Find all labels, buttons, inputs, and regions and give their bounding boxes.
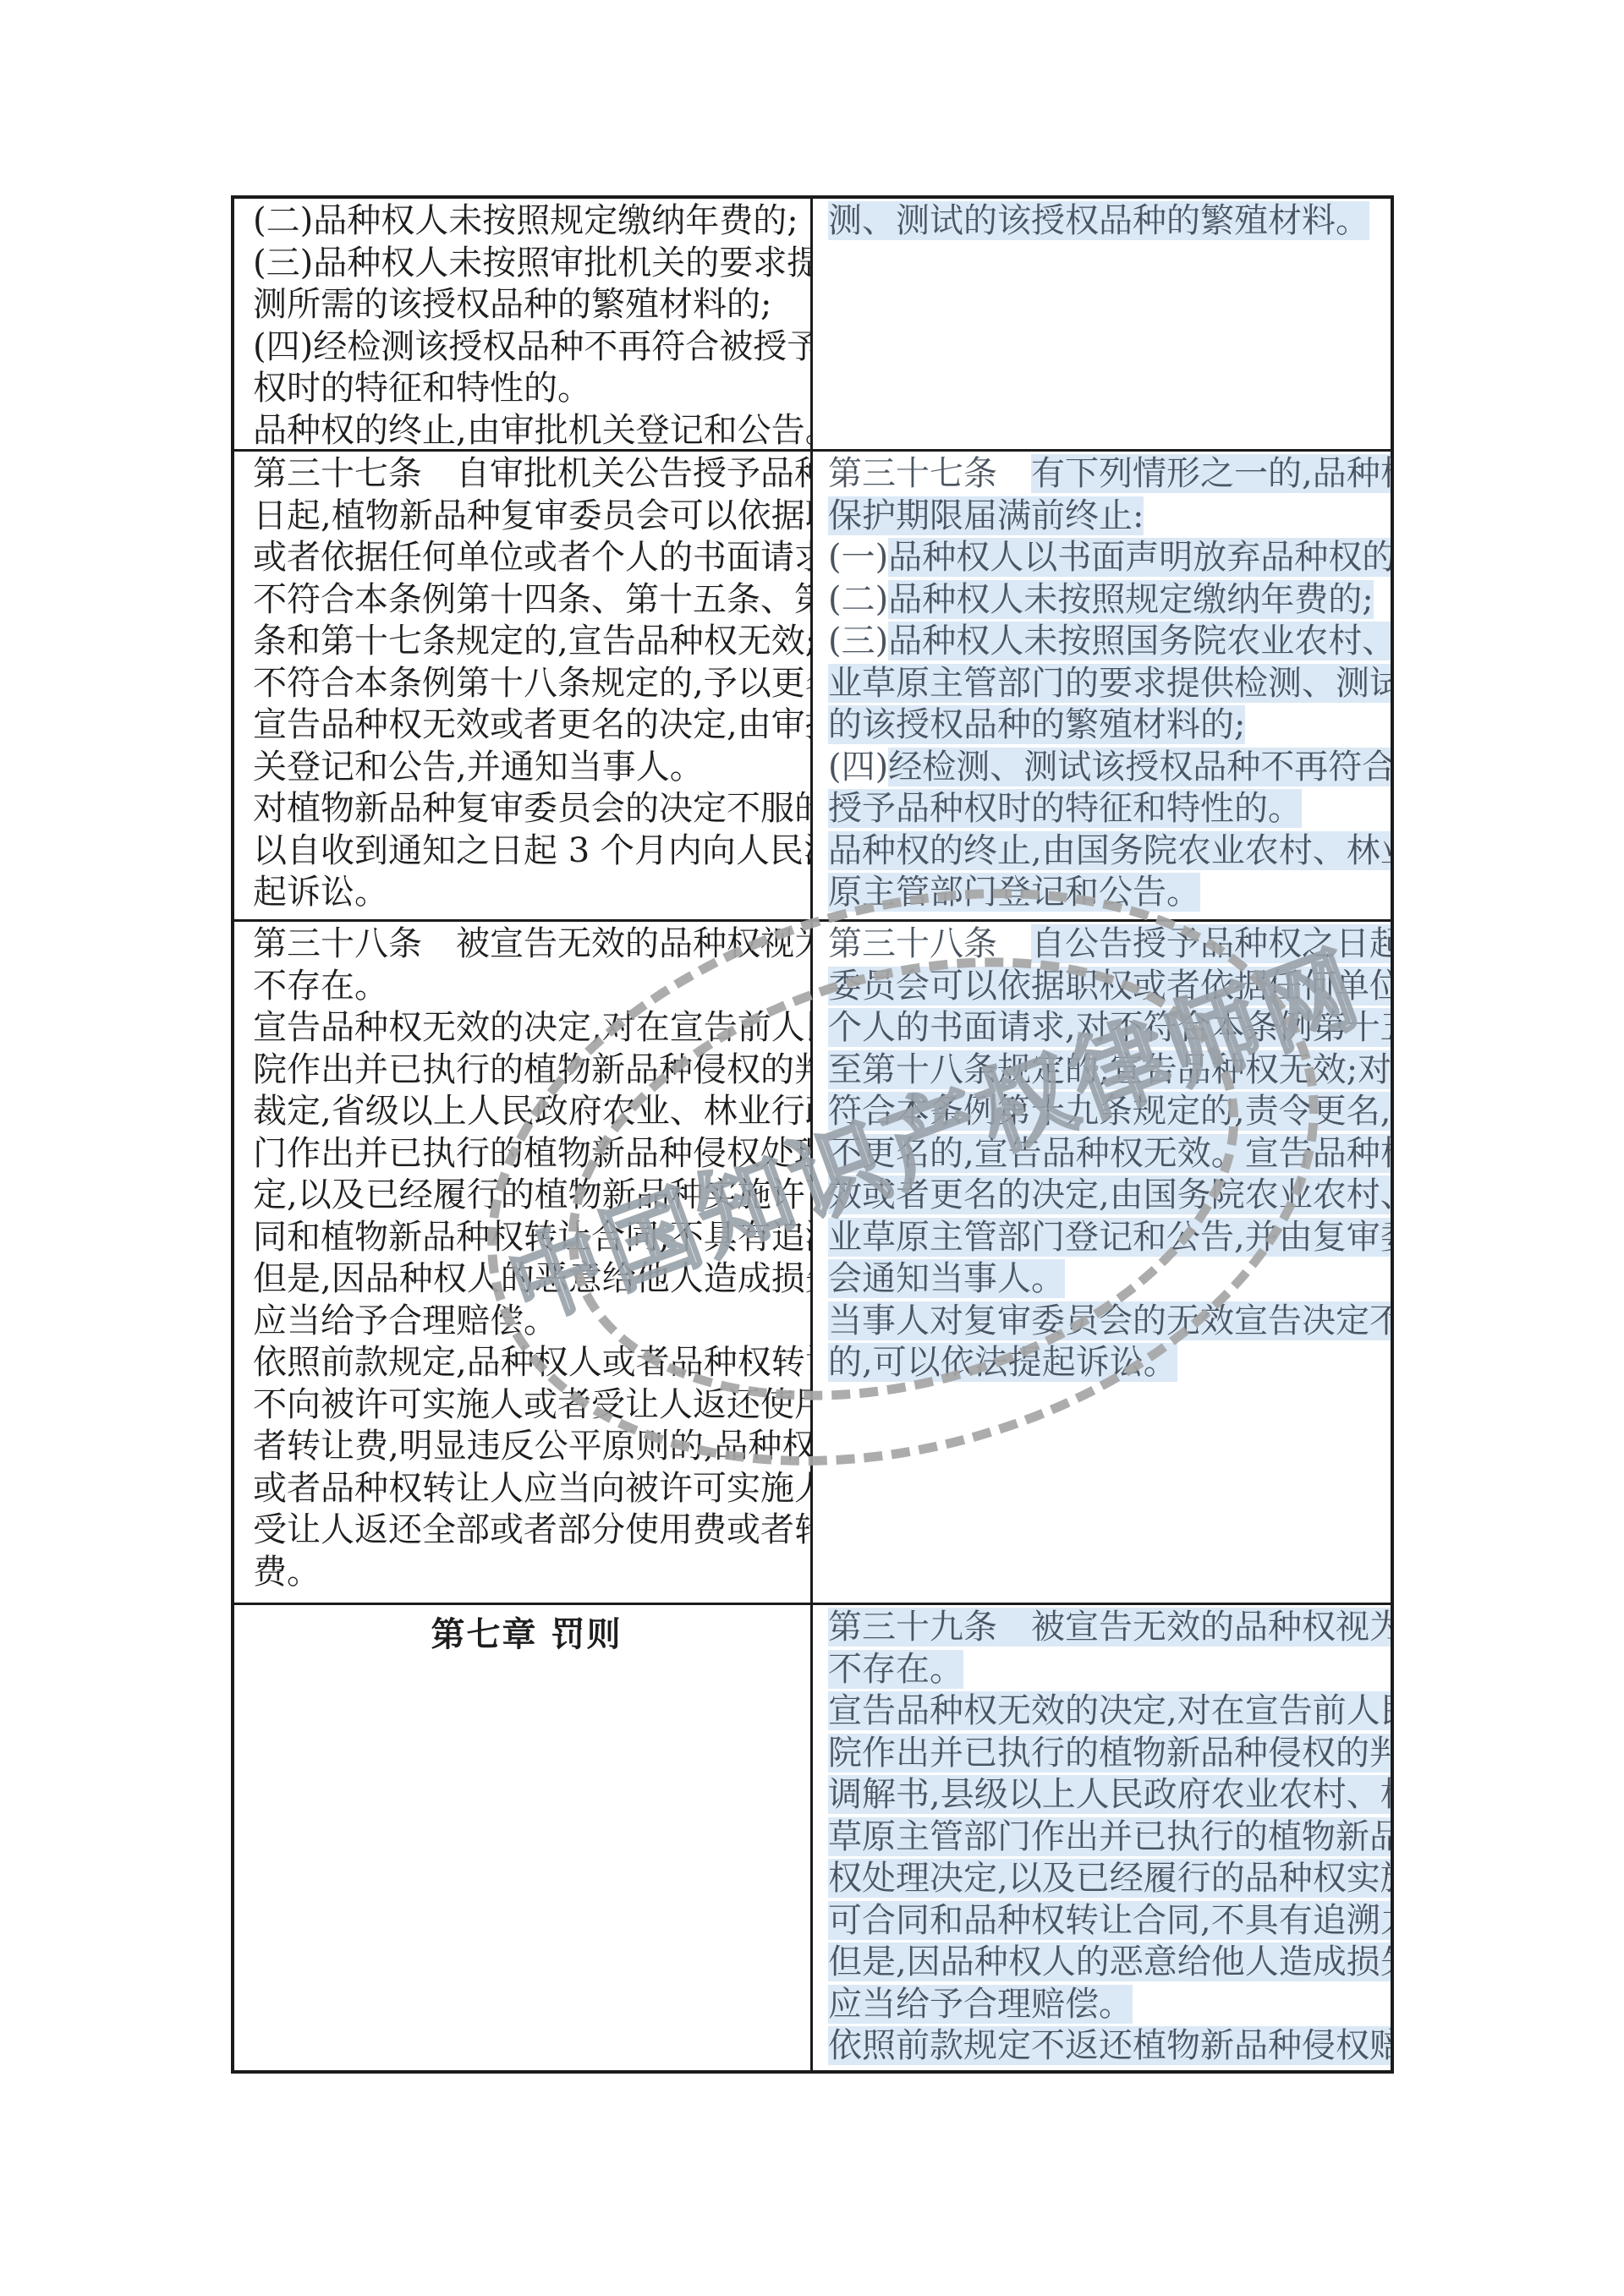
highlighted-text: 效或者更名的决定,由国务院农业农村、林 <box>828 1175 1391 1214</box>
plain-text: 或者依据任何单位或者个人的书面请求,对 <box>253 538 813 577</box>
highlighted-text: 但是,因品种权人的恶意给他人造成损失的, <box>828 1943 1391 1981</box>
plain-text: 但是,因品种权人的恶意给他人造成损失的, <box>253 1259 813 1298</box>
comparison-table: (二)品种权人未按照规定缴纳年费的;(三)品种权人未按照审批机关的要求提供检测所… <box>231 195 1394 2074</box>
plain-text: 不存在。 <box>253 967 388 1006</box>
text-line: 的,可以依法提起诉讼。 <box>828 1342 1382 1384</box>
plain-text: 以自收到通知之日起 3 个月内向人民法院提 <box>253 831 813 870</box>
text-line: 第三十八条 自公告授予品种权之日起,复审 <box>828 923 1382 966</box>
text-line: 裁定,省级以上人民政府农业、林业行政部 <box>253 1091 800 1133</box>
highlighted-text: 品种权人以书面声明放弃品种权的; <box>888 538 1391 577</box>
text-line: 权时的特征和特性的。 <box>253 368 800 410</box>
highlighted-text: 的,可以依法提起诉讼。 <box>828 1343 1177 1382</box>
text-line: 符合本条例第十九条规定的,责令更名,拒 <box>828 1091 1382 1133</box>
text-line: 测、测试的该授权品种的繁殖材料。 <box>828 200 1382 243</box>
text-line: 权处理决定,以及已经履行的品种权实施许 <box>828 1858 1382 1900</box>
text-line: (三)品种权人未按照国务院农业农村、林 <box>828 621 1382 663</box>
text-line: 以自收到通知之日起 3 个月内向人民法院提 <box>253 830 800 873</box>
text-line: 不存在。 <box>253 966 800 1008</box>
text-line: 但是,因品种权人的恶意给他人造成损失的, <box>828 1942 1382 1984</box>
plain-text: 费。 <box>253 1553 321 1592</box>
text-line: 宣告品种权无效的决定,对在宣告前人民法 <box>253 1007 800 1049</box>
plain-text: 日起,植物新品种复审委员会可以依据职权 <box>253 496 813 535</box>
plain-text: 或者品种权转让人应当向被许可实施人或者 <box>253 1469 813 1508</box>
highlighted-text: 的该授权品种的繁殖材料的; <box>828 705 1245 744</box>
text-line: 个人的书面请求,对不符合本条例第十五条 <box>828 1007 1382 1049</box>
plain-text: 测所需的该授权品种的繁殖材料的; <box>253 285 771 324</box>
chapter-heading: 第七章 罚则 <box>253 1614 800 1656</box>
plain-text: (三)品种权人未按照审批机关的要求提供检 <box>253 244 813 282</box>
table-cell-row1-right: 测、测试的该授权品种的繁殖材料。 <box>813 199 1391 452</box>
table-cell-row4-left: 第七章 罚则 <box>234 1605 813 2070</box>
plain-text: 院作出并已执行的植物新品种侵权的判决、 <box>253 1050 813 1089</box>
highlighted-text: 经检测、测试该授权品种不再符合被 <box>888 748 1391 786</box>
highlighted-text: 应当给予合理赔偿。 <box>828 1985 1133 2024</box>
plain-text: (四)经检测该授权品种不再符合被授予品种 <box>253 327 813 366</box>
plain-text: (三) <box>828 622 888 660</box>
text-line: 会通知当事人。 <box>828 1258 1382 1301</box>
table-cell-row2-right: 第三十七条 有下列情形之一的,品种权在其保护期限届满前终止:(一)品种权人以书面… <box>813 452 1391 922</box>
text-line: 委员会可以依据职权或者依据任何单位或者 <box>828 966 1382 1008</box>
text-line: 或者品种权转让人应当向被许可实施人或者 <box>253 1468 800 1510</box>
plain-text: (四) <box>828 748 888 786</box>
plain-text: 第三十七条 <box>828 454 1031 493</box>
text-line: 保护期限届满前终止: <box>828 496 1382 538</box>
highlighted-text: 测、测试的该授权品种的繁殖材料。 <box>828 201 1369 240</box>
highlighted-text: 不存在。 <box>828 1650 963 1689</box>
highlighted-text: 品种权人未按照国务院农业农村、林 <box>888 622 1391 660</box>
text-line: 或者依据任何单位或者个人的书面请求,对 <box>253 537 800 579</box>
table-cell-row3-left: 第三十八条 被宣告无效的品种权视为自始不存在。宣告品种权无效的决定,对在宣告前人… <box>234 922 813 1605</box>
text-line: 受让人返还全部或者部分使用费或者转让 <box>253 1510 800 1552</box>
plain-text: 第三十八条 被宣告无效的品种权视为自始 <box>253 924 813 963</box>
plain-text: 不符合本条例第十四条、第十五条、第十六 <box>253 580 813 619</box>
highlighted-text: 院作出并已执行的植物新品种侵权的判决、 <box>828 1734 1391 1773</box>
highlighted-text: 自公告授予品种权之日起,复审 <box>1031 924 1391 963</box>
text-line: 不向被许可实施人或者受让人返还使用费或 <box>253 1384 800 1427</box>
plain-text: 第三十八条 <box>828 924 1031 963</box>
text-line: 宣告品种权无效或者更名的决定,由审批机 <box>253 704 800 747</box>
plain-text: 裁定,省级以上人民政府农业、林业行政部 <box>253 1092 813 1131</box>
plain-text: 者转让费,明显违反公平原则的,品种权人 <box>253 1427 813 1466</box>
text-line: 第三十九条 被宣告无效的品种权视为自始 <box>828 1607 1382 1649</box>
text-line: 宣告品种权无效的决定,对在宣告前人民法 <box>828 1690 1382 1733</box>
highlighted-text: 符合本条例第十九条规定的,责令更名,拒 <box>828 1092 1391 1131</box>
text-line: (二)品种权人未按照规定缴纳年费的; <box>828 579 1382 622</box>
text-line: 第三十七条 自审批机关公告授予品种权之 <box>253 453 800 496</box>
plain-text: 权时的特征和特性的。 <box>253 369 591 408</box>
text-line: 不存在。 <box>828 1649 1382 1691</box>
highlighted-text: 可合同和品种权转让合同,不具有追溯力。 <box>828 1901 1391 1940</box>
text-line: (四)经检测、测试该授权品种不再符合被 <box>828 747 1382 789</box>
text-line: 不符合本条例第十四条、第十五条、第十六 <box>253 579 800 622</box>
text-line: 可合同和品种权转让合同,不具有追溯力。 <box>828 1900 1382 1943</box>
plain-text: 第七章 罚则 <box>431 1614 623 1654</box>
text-line: (一)品种权人以书面声明放弃品种权的; <box>828 537 1382 579</box>
plain-text: 条和第十七条规定的,宣告品种权无效;对 <box>253 622 813 660</box>
text-line: 不更名的,宣告品种权无效。宣告品种权无 <box>828 1133 1382 1175</box>
text-line: (二)品种权人未按照规定缴纳年费的; <box>253 200 800 243</box>
text-line: 院作出并已执行的植物新品种侵权的判决、 <box>253 1049 800 1092</box>
table-cell-row4-right: 第三十九条 被宣告无效的品种权视为自始不存在。宣告品种权无效的决定,对在宣告前人… <box>813 1605 1391 2070</box>
plain-text: 同和植物新品种权转让合同,不具有追溯力; <box>253 1218 813 1257</box>
text-line: 调解书,县级以上人民政府农业农村、林业 <box>828 1774 1382 1817</box>
highlighted-text: 保护期限届满前终止: <box>828 496 1144 535</box>
highlighted-text: 宣告品种权无效的决定,对在宣告前人民法 <box>828 1691 1391 1730</box>
text-line: 日起,植物新品种复审委员会可以依据职权 <box>253 496 800 538</box>
text-line: 当事人对复审委员会的无效宣告决定不服 <box>828 1301 1382 1343</box>
highlighted-text: 草原主管部门作出并已执行的植物新品种侵 <box>828 1817 1391 1856</box>
text-line: 原主管部门登记和公告。 <box>828 872 1382 914</box>
highlighted-text: 授予品种权时的特征和特性的。 <box>828 789 1302 828</box>
plain-text: 宣告品种权无效的决定,对在宣告前人民法 <box>253 1008 813 1047</box>
plain-text: 不符合本条例第十八条规定的,予以更名。 <box>253 664 813 703</box>
highlighted-text: 业草原主管部门的要求提供检测、测试所需 <box>828 664 1391 703</box>
plain-text: 不向被许可实施人或者受让人返还使用费或 <box>253 1385 813 1424</box>
text-line: 至第十八条规定的,宣告品种权无效;对不 <box>828 1049 1382 1092</box>
text-line: 者转让费,明显违反公平原则的,品种权人 <box>253 1426 800 1468</box>
table-cell-row2-left: 第三十七条 自审批机关公告授予品种权之日起,植物新品种复审委员会可以依据职权或者… <box>234 452 813 922</box>
highlighted-text: 个人的书面请求,对不符合本条例第十五条 <box>828 1008 1391 1047</box>
highlighted-text: 调解书,县级以上人民政府农业农村、林业 <box>828 1775 1391 1814</box>
plain-text: 关登记和公告,并通知当事人。 <box>253 748 704 786</box>
table-cell-row1-left: (二)品种权人未按照规定缴纳年费的;(三)品种权人未按照审批机关的要求提供检测所… <box>234 199 813 452</box>
text-line: 依照前款规定不返还植物新品种侵权赔偿 <box>828 2025 1382 2068</box>
highlighted-text: 依照前款规定不返还植物新品种侵权赔偿 <box>828 2026 1391 2065</box>
highlighted-text: 品种权人未按照规定缴纳年费的; <box>888 580 1373 619</box>
text-line: 条和第十七条规定的,宣告品种权无效;对 <box>253 621 800 663</box>
text-line: 定,以及已经履行的植物新品种实施许可合 <box>253 1175 800 1217</box>
highlighted-text: 当事人对复审委员会的无效宣告决定不服 <box>828 1301 1391 1340</box>
plain-text: 起诉讼。 <box>253 873 388 912</box>
text-line: 品种权的终止,由审批机关登记和公告。 <box>253 410 800 452</box>
text-line: 费。 <box>253 1552 800 1594</box>
text-line: 起诉讼。 <box>253 872 800 914</box>
text-line: 授予品种权时的特征和特性的。 <box>828 788 1382 830</box>
text-line: 不符合本条例第十八条规定的,予以更名。 <box>253 663 800 705</box>
text-line: 依照前款规定,品种权人或者品种权转让人 <box>253 1342 800 1384</box>
text-line: 第三十八条 被宣告无效的品种权视为自始 <box>253 923 800 966</box>
highlighted-text: 有下列情形之一的,品种权在其 <box>1031 454 1391 493</box>
plain-text: 宣告品种权无效或者更名的决定,由审批机 <box>253 705 813 744</box>
plain-text: (一) <box>828 538 888 577</box>
plain-text: 依照前款规定,品种权人或者品种权转让人 <box>253 1343 813 1382</box>
text-line: 效或者更名的决定,由国务院农业农村、林 <box>828 1175 1382 1217</box>
text-line: 的该授权品种的繁殖材料的; <box>828 704 1382 747</box>
highlighted-text: 至第十八条规定的,宣告品种权无效;对不 <box>828 1050 1391 1089</box>
highlighted-text: 品种权的终止,由国务院农业农村、林业草 <box>828 831 1391 870</box>
plain-text: 应当给予合理赔偿。 <box>253 1301 557 1340</box>
text-line: 但是,因品种权人的恶意给他人造成损失的, <box>253 1258 800 1301</box>
text-line: 关登记和公告,并通知当事人。 <box>253 747 800 789</box>
text-line: 应当给予合理赔偿。 <box>828 1984 1382 2026</box>
highlighted-text: 原主管部门登记和公告。 <box>828 873 1200 912</box>
plain-text: 定,以及已经履行的植物新品种实施许可合 <box>253 1175 813 1214</box>
text-line: 业草原主管部门登记和公告,并由复审委员 <box>828 1217 1382 1259</box>
text-line: 第三十七条 有下列情形之一的,品种权在其 <box>828 453 1382 496</box>
highlighted-text: 第三十九条 被宣告无效的品种权视为自始 <box>828 1608 1391 1647</box>
text-line: 门作出并已执行的植物新品种侵权处理决 <box>253 1133 800 1175</box>
plain-text: 对植物新品种复审委员会的决定不服的,可 <box>253 789 813 828</box>
text-line: 测所需的该授权品种的繁殖材料的; <box>253 284 800 326</box>
highlighted-text: 权处理决定,以及已经履行的品种权实施许 <box>828 1859 1391 1898</box>
highlighted-text: 委员会可以依据职权或者依据任何单位或者 <box>828 967 1391 1006</box>
plain-text: 第三十七条 自审批机关公告授予品种权之 <box>253 454 813 493</box>
text-line: 草原主管部门作出并已执行的植物新品种侵 <box>828 1817 1382 1859</box>
highlighted-text: 不更名的,宣告品种权无效。宣告品种权无 <box>828 1134 1391 1173</box>
plain-text: 受让人返还全部或者部分使用费或者转让 <box>253 1510 813 1549</box>
table-cell-row3-right: 第三十八条 自公告授予品种权之日起,复审委员会可以依据职权或者依据任何单位或者个… <box>813 922 1391 1605</box>
text-line: 业草原主管部门的要求提供检测、测试所需 <box>828 663 1382 705</box>
text-line: 品种权的终止,由国务院农业农村、林业草 <box>828 830 1382 873</box>
text-line: 院作出并已执行的植物新品种侵权的判决、 <box>828 1733 1382 1775</box>
text-line: (三)品种权人未按照审批机关的要求提供检 <box>253 243 800 285</box>
plain-text: (二)品种权人未按照规定缴纳年费的; <box>253 201 798 240</box>
plain-text: (二) <box>828 580 888 619</box>
highlighted-text: 业草原主管部门登记和公告,并由复审委员 <box>828 1218 1391 1257</box>
highlighted-text: 会通知当事人。 <box>828 1259 1065 1298</box>
text-line: 对植物新品种复审委员会的决定不服的,可 <box>253 788 800 830</box>
plain-text: 门作出并已执行的植物新品种侵权处理决 <box>253 1134 813 1173</box>
text-line: 应当给予合理赔偿。 <box>253 1301 800 1343</box>
document-page: (二)品种权人未按照规定缴纳年费的;(三)品种权人未按照审批机关的要求提供检测所… <box>0 0 1624 2296</box>
text-line: (四)经检测该授权品种不再符合被授予品种 <box>253 326 800 369</box>
text-line: 同和植物新品种权转让合同,不具有追溯力; <box>253 1217 800 1259</box>
plain-text: 品种权的终止,由审批机关登记和公告。 <box>253 411 813 450</box>
